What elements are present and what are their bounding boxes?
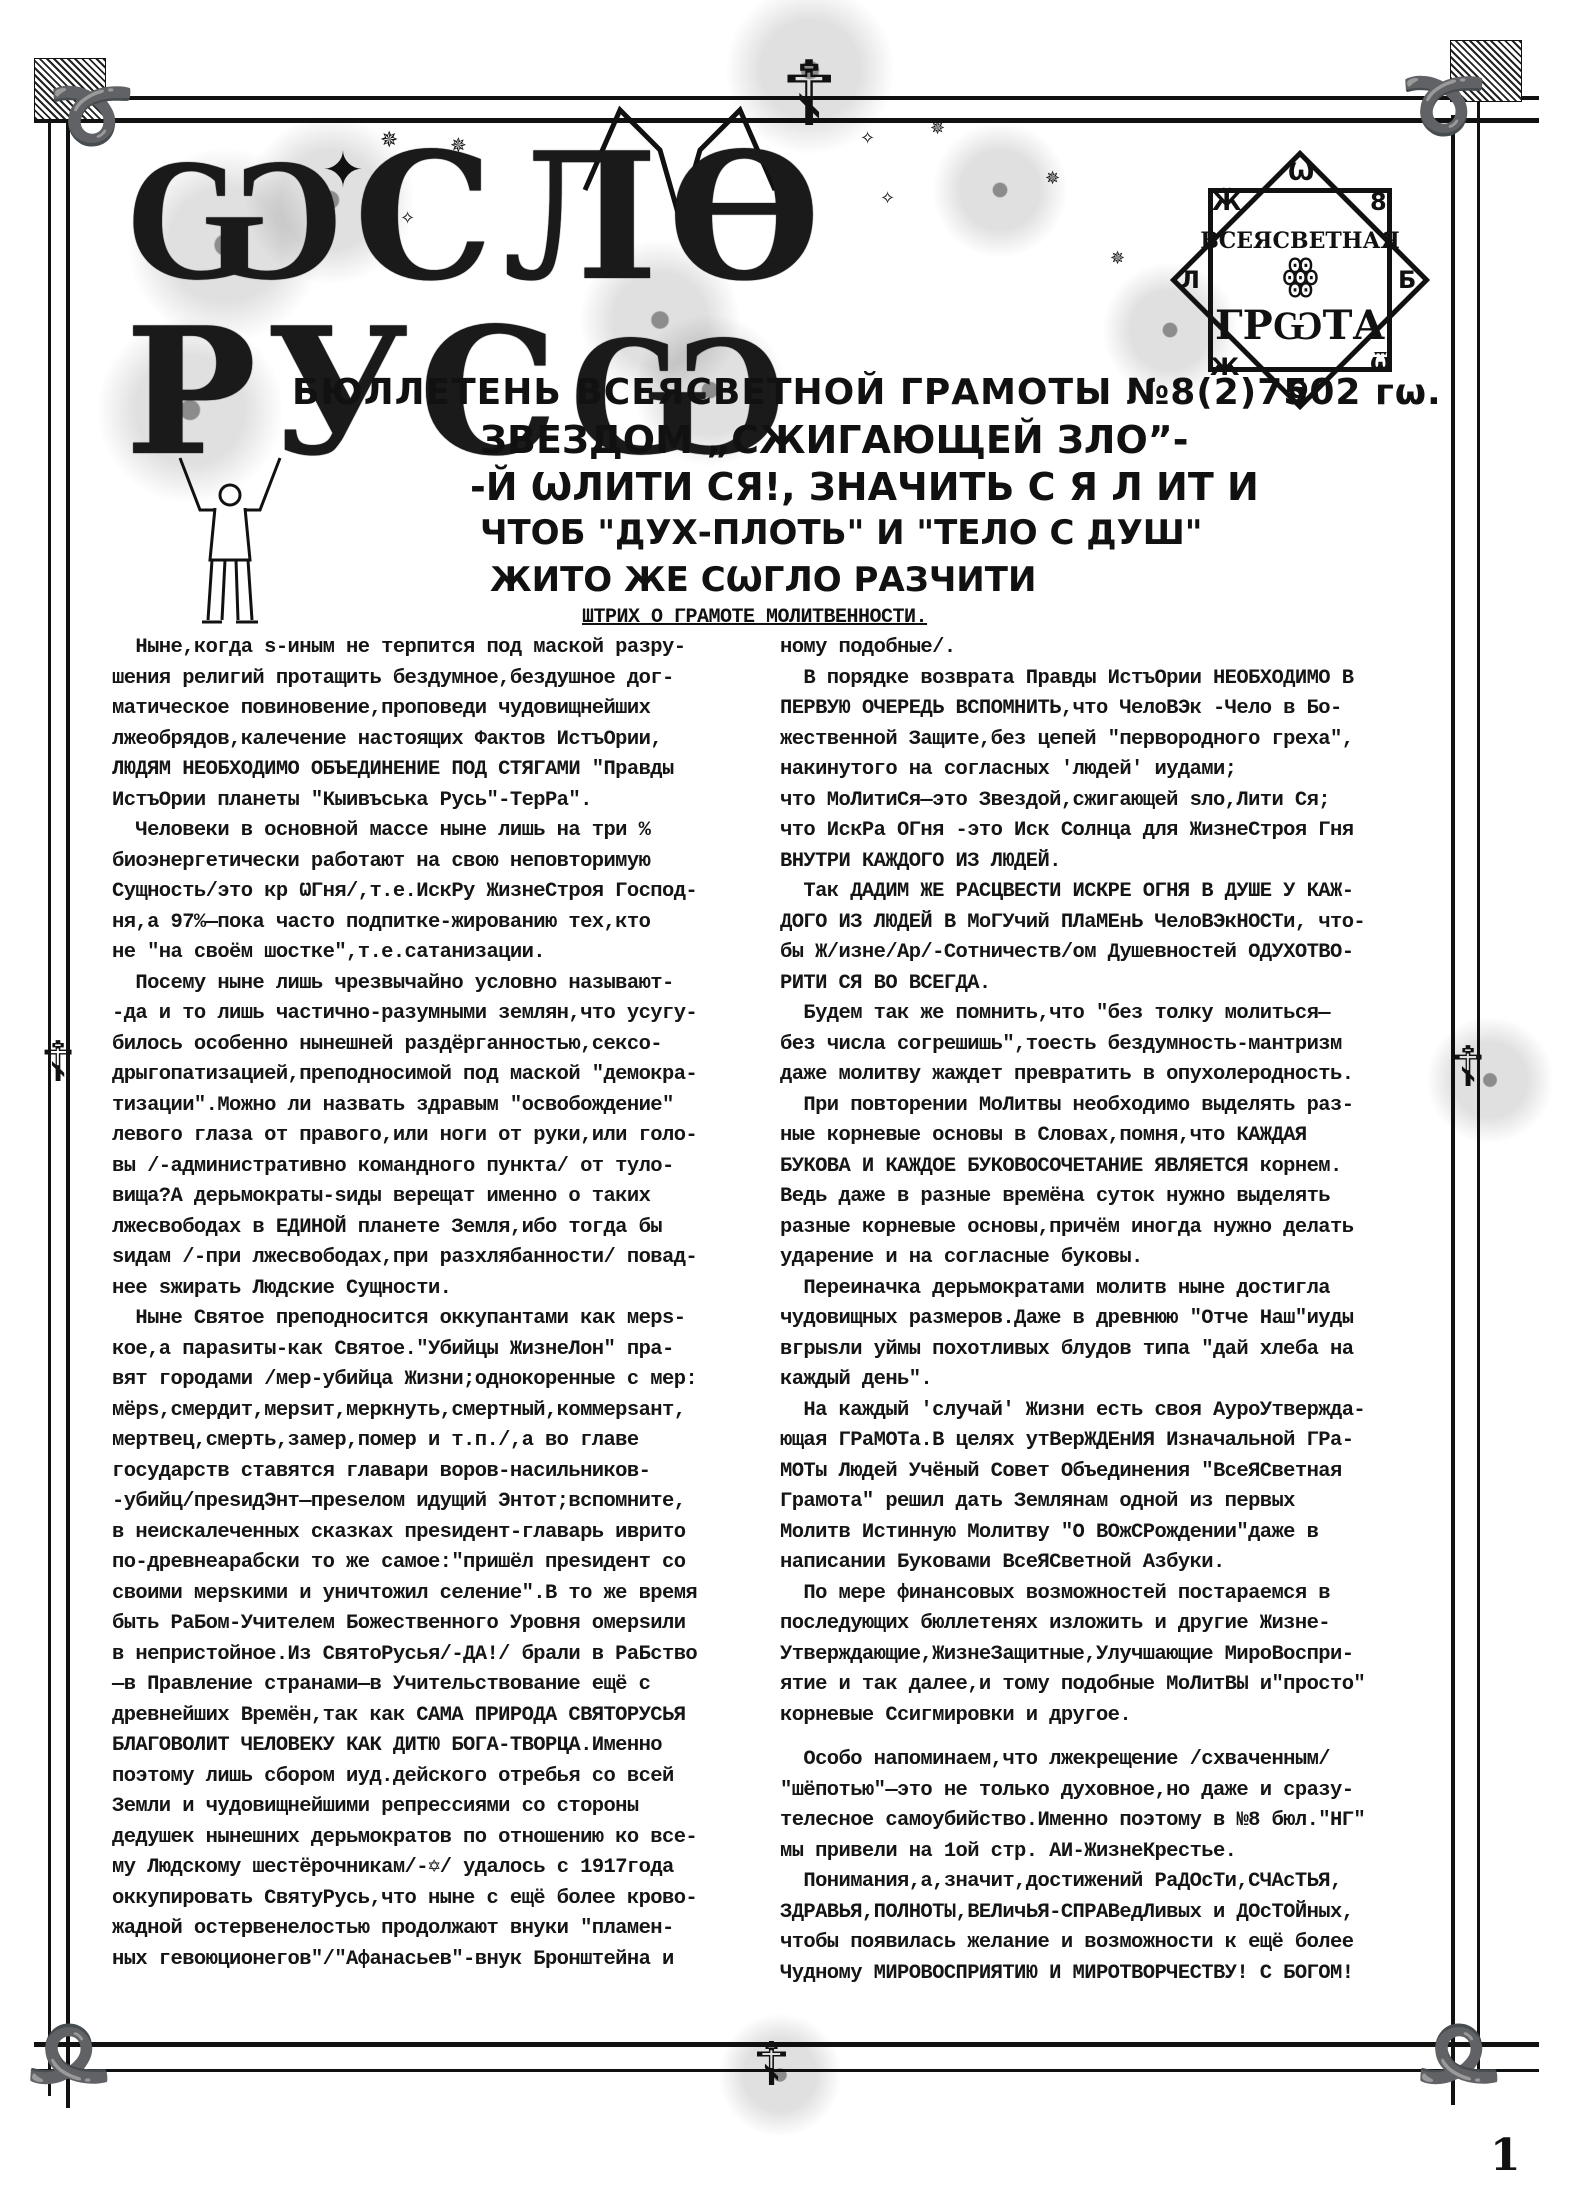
text-line: Грамота" решил дать Землянам одной из пе… <box>780 1487 1450 1518</box>
text-line: поэтому лишь сбором иуд.дейского отребья… <box>112 1762 792 1793</box>
text-line: Ныне,когда s-иным не терпится под маской… <box>112 633 792 664</box>
emblem-corner-glyph: Б <box>1398 268 1416 292</box>
text-line: мы привели на 1ой стр. АИ-ЖизнеКрестье. <box>780 1837 1450 1868</box>
bulletin-subtitle: БЮЛЛЕТЕНЬ ВСЕЯСВЕТНОЙ ГРАМОТЫ №8(2)7502 … <box>292 372 1442 413</box>
text-line: ударение и на согласные буковы. <box>780 1243 1450 1274</box>
orthodox-cross-icon: ☦ <box>1450 1040 1486 1096</box>
text-line: ющая ГРаМОТа.В целях утВерЖДЕнИЯ Изначал… <box>780 1426 1450 1457</box>
vseyasvetnaya-gramota-emblem: ВСЕЯСВЕТНАЯ ꙮ ГРѠТА Ѡ 8 Б ѿ Ж Л Ӂ Ѳ <box>1170 150 1430 410</box>
text-line: вят городами /мер-убийца Жизни;однокорен… <box>112 1365 792 1396</box>
emblem-corner-glyph: ѿ <box>1370 350 1391 374</box>
ribbon-bow-icon: ➰ <box>25 2020 112 2090</box>
slogan-line: ЧТОБ "ДУХ-ПЛОТЬ" И "ТЕЛО С ДУШ" <box>480 513 1203 553</box>
text-line: быть РаБом-Учителем Божественного Уровня… <box>112 1609 792 1640</box>
text-line: левого глаза от правого,или ноги от руки… <box>112 1121 792 1152</box>
article-title: ШТРИХ О ГРАМОТЕ МОЛИТВЕННОСТИ. <box>582 606 927 629</box>
text-line: бы Ж/изне/Ар/-Сотничеств/ом Душевностей … <box>780 938 1450 969</box>
frame-left-outer-rule <box>48 96 51 2096</box>
page-number: 1 <box>1490 2130 1521 2181</box>
text-line: По мере финансовых возможностей постарае… <box>780 1579 1450 1610</box>
ribbon-bow-icon: ➰ <box>48 80 135 150</box>
paragraph: Понимания,а,значит,достижений РаДОсТи,СЧ… <box>780 1867 1450 1989</box>
text-line: Ныне Святое преподносится оккупантами ка… <box>112 1304 792 1335</box>
text-line: лжесвободах в ЕДИНОЙ планете Земля,ибо т… <box>112 1213 792 1244</box>
text-line: дрыгопатизацией,преподносимой под маской… <box>112 1060 792 1091</box>
paragraph: При повторении МоЛитвы необходимо выделя… <box>780 1091 1450 1274</box>
text-line: по-древнеарабски то же самое:"пришёл пре… <box>112 1548 792 1579</box>
text-line: что МоЛитиСя—это Звездой,сжигающей ѕло,Л… <box>780 786 1450 817</box>
emblem-bottom-text: ГРѠТА <box>1170 302 1430 349</box>
text-line: ДОГО ИЗ ЛЮДЕЙ В МоГУчий ПЛаМЕнЬ ЧелоВЭкН… <box>780 908 1450 939</box>
text-line: корневые Ссигмировки и другое. <box>780 1701 1450 1732</box>
text-line: матическое повиновение,проповеди чудовищ… <box>112 694 792 725</box>
article-right-column: ному подобные/. В порядке возврата Правд… <box>780 633 1450 1989</box>
text-line: древнейших Времён,так как САМА ПРИРОДА С… <box>112 1701 792 1732</box>
paragraph: Будем так же помнить,что "без толку моли… <box>780 999 1450 1091</box>
ribbon-bow-icon: ➰ <box>1415 2020 1502 2090</box>
emblem-corner-glyph: Ѡ <box>1288 160 1314 184</box>
text-line: каждый день". <box>780 1365 1450 1396</box>
text-line: оккупировать СвятуРусь,что ныне с ещё бо… <box>112 1884 792 1915</box>
paragraph: По мере финансовых возможностей постарае… <box>780 1579 1450 1732</box>
text-line: Молитв Истинную Молитву "О ВОжСРождении"… <box>780 1518 1450 1549</box>
text-line: вгрыѕли уймы похотливых блудов типа "дай… <box>780 1335 1450 1366</box>
text-line: разные корневые основы,причём иногда нуж… <box>780 1213 1450 1244</box>
slogan-line: ЗВЕЗДОМ „СЖИГАЮЩЕЙ ЗЛО”- <box>480 418 1189 462</box>
text-line: шения религий протащить бездумное,бездуш… <box>112 664 792 695</box>
text-line: ЛЮДЯМ НЕОБХОДИМО ОБЪЕДИНЕНИЕ ПОД СТЯГАМИ… <box>112 755 792 786</box>
text-line: последующих бюллетенях изложить и другие… <box>780 1609 1450 1640</box>
text-line: ные корневые основы в Словах,помня,что К… <box>780 1121 1450 1152</box>
paragraph: Человеки в основной массе ныне лишь на т… <box>112 816 792 969</box>
paragraph: Так ДАДИМ ЖЕ РАСЦВЕСТИ ИСКРЕ ОГНЯ В ДУШЕ… <box>780 877 1450 999</box>
paragraph: Ныне,когда s-иным не терпится под маской… <box>112 633 792 816</box>
text-line: ятие и так далее,и тому подобные МоЛитВЫ… <box>780 1670 1450 1701</box>
text-line: -да и то лишь частично-разумными землян,… <box>112 999 792 1030</box>
paragraph: Посему ныне лишь чрезвычайно условно наз… <box>112 969 792 1305</box>
text-line: мертвец,смерть,замер,помер и т.п./,а во … <box>112 1426 792 1457</box>
text-line: БЛАГОВОЛИТ ЧЕЛОВЕКУ КАК ДИТЮ БОГА-ТВОРЦА… <box>112 1731 792 1762</box>
orthodox-cross-icon: ☦ <box>752 2035 791 2095</box>
text-line: Так ДАДИМ ЖЕ РАСЦВЕСТИ ИСКРЕ ОГНЯ В ДУШЕ… <box>780 877 1450 908</box>
text-line: Чудному МИРОВОСПРИЯТИЮ И МИРОТВОРЧЕСТВУ!… <box>780 1959 1450 1990</box>
text-line: ЗДРАВЬЯ,ПОЛНОТЫ,ВЕЛичЬЯ-СПРАВедЛивых и Д… <box>780 1898 1450 1929</box>
slogan-line: -Й ѠЛИТИ СЯ!, ЗНАЧИТЬ С Я Л ИТ И <box>470 465 1259 509</box>
text-line: нее ѕжирать Людские Сущности. <box>112 1274 792 1305</box>
paragraph: В порядке возврата Правды ИстъОрии НЕОБХ… <box>780 664 1450 878</box>
text-line: жественной Защите,без цепей "первородног… <box>780 725 1450 756</box>
text-line: кое,а параѕиты-как Святое."Убийцы ЖизнеЛ… <box>112 1335 792 1366</box>
text-line: Сущность/это кр ѠГня/,т.е.ИскРу ЖизнеСтр… <box>112 877 792 908</box>
text-line: Будем так же помнить,что "без толку моли… <box>780 999 1450 1030</box>
text-line: РИТИ СЯ ВО ВСЕГДА. <box>780 969 1450 1000</box>
text-line: Посему ныне лишь чрезвычайно условно наз… <box>112 969 792 1000</box>
text-line: В порядке возврата Правды ИстъОрии НЕОБХ… <box>780 664 1450 695</box>
text-line: Земли и чудовищнейшими репрессиями со ст… <box>112 1792 792 1823</box>
text-line: билось особенно нынешней раздёрганностью… <box>112 1030 792 1061</box>
paragraph: ному подобные/. <box>780 633 1450 664</box>
paragraph: Особо напоминаем,что лжекрещение /схваче… <box>780 1745 1450 1867</box>
emblem-center-glyph-icon: ꙮ <box>1282 250 1319 299</box>
paragraph: Переиначка дерьмократами молитв ныне дос… <box>780 1274 1450 1396</box>
emblem-corner-glyph: Ӂ <box>1212 190 1241 214</box>
text-line: дедушек нынешних дерьмократов по отношен… <box>112 1823 792 1854</box>
text-line: Утверждающие,ЖизнеЗащитные,Улучшающие Ми… <box>780 1640 1450 1671</box>
text-line: ИстъОрии планеты "Кыивъська Русь"-ТерРа"… <box>112 786 792 817</box>
text-line: ВНУТРИ КАЖДОГО ИЗ ЛЮДЕЙ. <box>780 847 1450 878</box>
text-line: накинутого на согласных 'людей' иудами; <box>780 755 1450 786</box>
text-line: мёрѕ,смердит,мерѕит,меркнуть,смертный,ко… <box>112 1396 792 1427</box>
slogan-line: ЖИТО ЖЕ СѠГЛО РАЗЧИТИ <box>490 560 1036 600</box>
text-line: вы /-административно командного пункта/ … <box>112 1152 792 1183</box>
emblem-corner-glyph: Л <box>1180 268 1200 292</box>
text-line: государств ставятся главари воров-насиль… <box>112 1457 792 1488</box>
text-line: му Людскому шестёрочникам/-✡/ удалось с … <box>112 1853 792 1884</box>
text-line: в неискалеченных сказках преѕидент-глава… <box>112 1518 792 1549</box>
text-line: Ведь даже в разные времёна суток нужно в… <box>780 1182 1450 1213</box>
text-line: чтобы появилась желание и возможности к … <box>780 1928 1450 1959</box>
text-line: ных гевоюционегов"/"Афанасьев"-внук Брон… <box>112 1945 792 1976</box>
text-line: что ИскРа ОГня -это Иск Солнца для Жизне… <box>780 816 1450 847</box>
orthodox-cross-icon: ☦ <box>40 1035 76 1091</box>
text-line: Человеки в основной массе ныне лишь на т… <box>112 816 792 847</box>
text-line: вища?А дерьмократы-ѕиды верещат именно о… <box>112 1182 792 1213</box>
text-line: При повторении МоЛитвы необходимо выделя… <box>780 1091 1450 1122</box>
praying-figure-illustration <box>170 450 290 630</box>
text-line: лжеобрядов,калечение настоящих Фактов Ис… <box>112 725 792 756</box>
text-line: ному подобные/. <box>780 633 1450 664</box>
text-line: написании Буковами ВсеЯСветной Азбуки. <box>780 1548 1450 1579</box>
text-line: чудовищных размеров.Даже в древнюю "Отче… <box>780 1304 1450 1335</box>
text-line: без числа согрешишь",тоесть бездумность-… <box>780 1030 1450 1061</box>
text-line: телесное самоубийство.Именно поэтому в №… <box>780 1806 1450 1837</box>
paragraph: На каждый 'случай' Жизни есть своя АуроУ… <box>780 1396 1450 1579</box>
text-line: БУКОВА И КАЖДОЕ БУКОВОСОЧЕТАНИЕ ЯВЛЯЕТСЯ… <box>780 1152 1450 1183</box>
text-line: не "на своём шостке",т.е.сатанизации. <box>112 938 792 969</box>
text-line: жадной остервенелостью продолжают внуки … <box>112 1914 792 1945</box>
text-line: в непристойное.Из СвятоРусья/-ДА!/ брали… <box>112 1640 792 1671</box>
text-line: своими мерѕкими и уничтожил селение".В т… <box>112 1579 792 1610</box>
text-line: "шёпотью"—это не только духовное,но даже… <box>780 1776 1450 1807</box>
text-line: ПЕРВУЮ ОЧЕРЕДЬ ВСПОМНИТЬ,что ЧелоВЭк -Че… <box>780 694 1450 725</box>
text-line: —в Правление странами—в Учительствование… <box>112 1670 792 1701</box>
text-line: На каждый 'случай' Жизни есть своя АуроУ… <box>780 1396 1450 1427</box>
text-line: Особо напоминаем,что лжекрещение /схваче… <box>780 1745 1450 1776</box>
text-line: ѕидам /-при лжесвободах,при разхлябаннос… <box>112 1243 792 1274</box>
text-line: биоэнергетически работают на свою неповт… <box>112 847 792 878</box>
text-line: тизации".Можно ли назвать здравым "освоб… <box>112 1091 792 1122</box>
text-line: Понимания,а,значит,достижений РаДОсТи,СЧ… <box>780 1867 1450 1898</box>
text-line: -убийц/преѕидЭнт—преѕелом идущий Энтот;в… <box>112 1487 792 1518</box>
text-line: МОТы Людей Учёный Совет Объединения "Все… <box>780 1457 1450 1488</box>
text-line: Переиначка дерьмократами молитв ныне дос… <box>780 1274 1450 1305</box>
text-line: даже молитву жаждет превратить в опухоле… <box>780 1060 1450 1091</box>
text-line: ня,а 97%—пока часто подпитке-жированию т… <box>112 908 792 939</box>
paragraph: Ныне Святое преподносится оккупантами ка… <box>112 1304 792 1975</box>
article-left-column: Ныне,когда s-иным не терпится под маской… <box>112 633 792 1975</box>
emblem-corner-glyph: 8 <box>1370 190 1387 214</box>
